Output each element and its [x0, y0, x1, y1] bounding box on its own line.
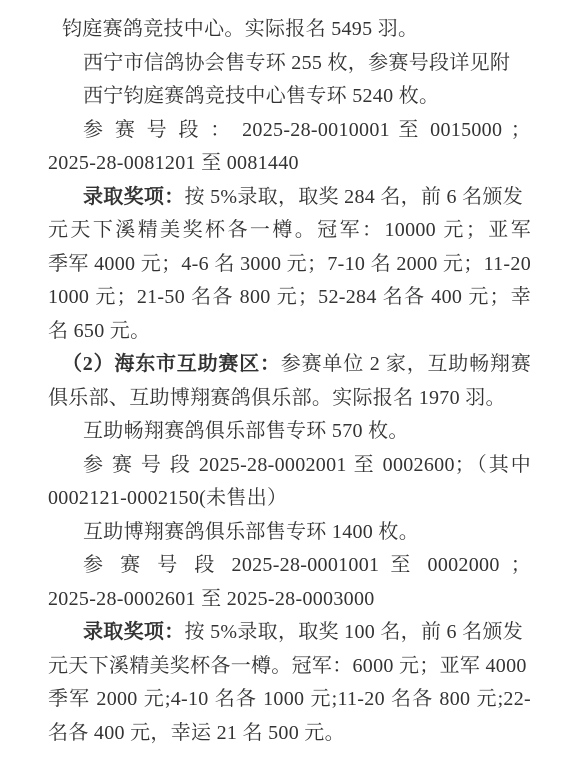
line-text: 参 赛 号 段 2025-28-0001001 至 0002000 ；	[83, 554, 531, 576]
line-text: 0002121-0002150(未售出）	[48, 487, 287, 509]
line-text: 1000 元；21-50 名各 800 元；52-284 名各 400 元；幸运…	[48, 286, 531, 315]
line-text: 互助畅翔赛鸽俱乐部售专环 570 枚。	[83, 420, 409, 442]
text-line-15: 0002121-0002150(未售出）	[48, 482, 531, 516]
line-text: 钧庭赛鸽竞技中心。实际报名 5495 羽。	[62, 18, 418, 40]
text-line-5: 2025-28-0081201 至 0081440	[48, 147, 531, 181]
text-line-11: （2）海东市互助赛区：参赛单位 2 家，互助畅翔赛鸽	[48, 348, 531, 382]
text-line-19: 录取奖项：按 5%录取，取奖 100 名，前 6 名颁发价值千	[48, 616, 531, 650]
text-line-12: 俱乐部、互助博翔赛鸽俱乐部。实际报名 1970 羽。	[48, 382, 531, 416]
text-line-21: 季军 2000 元;4-10 名各 1000 元;11-20 名各 800 元;…	[48, 683, 531, 717]
line-text: 元天下溪精美奖杯各一樽。冠军：6000 元；亚军 4000 元；	[48, 655, 527, 684]
line-text: 互助博翔赛鸽俱乐部售专环 1400 枚。	[83, 521, 419, 543]
text-line-2: 西宁市信鸽协会售专环 255 枚，参赛号段详见附件。	[48, 47, 531, 81]
text-line-13: 互助畅翔赛鸽俱乐部售专环 570 枚。	[48, 415, 531, 449]
text-line-17: 参 赛 号 段 2025-28-0001001 至 0002000 ；	[48, 549, 531, 583]
text-line-18: 2025-28-0002601 至 2025-28-0003000	[48, 583, 531, 617]
text-line-10: 名 650 元。	[48, 315, 531, 349]
text-line-6: 录取奖项：按 5%录取，取奖 284 名，前 6 名颁发价值千	[48, 181, 531, 215]
text-line-22: 名各 400 元，幸运 21 名 500 元。	[48, 717, 531, 751]
line-text: 季军 2000 元;4-10 名各 1000 元;11-20 名各 800 元;…	[48, 688, 531, 717]
line-text: 名 650 元。	[48, 320, 150, 342]
text-line-14: 参 赛 号 段 2025-28-0002001 至 0002600；（其中	[48, 449, 531, 483]
bold-run-in-heading: 录取奖项：	[83, 621, 185, 643]
document-page: 钧庭赛鸽竞技中心。实际报名 5495 羽。西宁市信鸽协会售专环 255 枚，参赛…	[0, 0, 562, 766]
line-text: 2025-28-0081201 至 0081440	[48, 152, 299, 174]
line-text: 元天下溪精美奖杯各一樽。冠军：10000 元；亚军 6000 元；	[48, 219, 531, 248]
line-text: 西宁钧庭赛鸽竞技中心售专环 5240 枚。	[83, 85, 439, 107]
text-line-16: 互助博翔赛鸽俱乐部售专环 1400 枚。	[48, 516, 531, 550]
line-text: 2025-28-0002601 至 2025-28-0003000	[48, 588, 375, 610]
text-line-3: 西宁钧庭赛鸽竞技中心售专环 5240 枚。	[48, 80, 531, 114]
text-line-1: 钧庭赛鸽竞技中心。实际报名 5495 羽。	[48, 13, 531, 47]
text-line-7: 元天下溪精美奖杯各一樽。冠军：10000 元；亚军 6000 元；	[48, 214, 531, 248]
text-line-9: 1000 元；21-50 名各 800 元；52-284 名各 400 元；幸运…	[48, 281, 531, 315]
text-line-20: 元天下溪精美奖杯各一樽。冠军：6000 元；亚军 4000 元；	[48, 650, 531, 684]
text-line-4: 参 赛 号 段 ： 2025-28-0010001 至 0015000 ；	[48, 114, 531, 148]
bold-run-in-heading: （2）海东市互助赛区：	[62, 353, 281, 375]
line-text: 西宁市信鸽协会售专环 255 枚，参赛号段详见附件。	[48, 52, 510, 81]
line-text: 参 赛 号 段 ： 2025-28-0010001 至 0015000 ；	[83, 119, 531, 141]
line-text: 俱乐部、互助博翔赛鸽俱乐部。实际报名 1970 羽。	[48, 387, 506, 409]
bold-run-in-heading: 录取奖项：	[83, 186, 185, 208]
text-line-8: 季军 4000 元；4-6 名 3000 元；7-10 名 2000 元；11-…	[48, 248, 531, 282]
line-text: 季军 4000 元；4-6 名 3000 元；7-10 名 2000 元；11-…	[48, 253, 531, 282]
line-text: 名各 400 元，幸运 21 名 500 元。	[48, 722, 345, 744]
line-text: 参 赛 号 段 2025-28-0002001 至 0002600；（其中	[83, 454, 531, 476]
